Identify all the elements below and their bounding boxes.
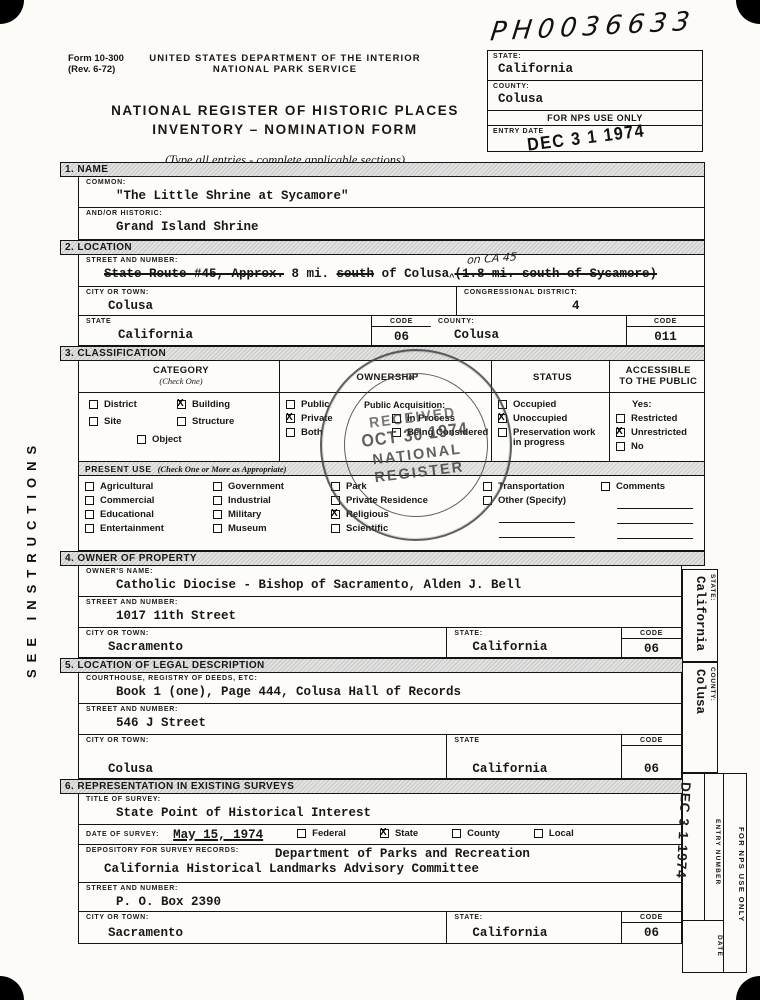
city-field: CITY OR TOWN: Sacramento (79, 912, 446, 943)
sidebar-state-value: California (683, 570, 709, 661)
checkbox-label: Preservation work in progress (513, 428, 603, 449)
checkbox-label: State (395, 829, 418, 840)
section3-fields: CATEGORY (Check One) OWNERSHIP STATUS AC… (78, 361, 705, 551)
checkbox-label: Museum (228, 524, 267, 535)
checkbox-label: Transportation (498, 482, 565, 493)
congressional-district-field: CONGRESSIONAL DISTRICT: 4 (456, 287, 704, 315)
checkbox-label: Public (301, 400, 330, 411)
state-value: California (118, 328, 367, 342)
checkbox-icon (616, 442, 625, 451)
checkbox-being-considered: Being Considered (392, 428, 489, 439)
owner-name-field: OWNER'S NAME: Catholic Diocise - Bishop … (79, 566, 681, 597)
handwritten-route-note: on CA 45 (467, 250, 518, 267)
blank-fill-line (499, 510, 575, 523)
struck-text: south (337, 267, 375, 281)
ownership-column: Public Private Both Public Acquisition: … (279, 393, 491, 461)
checkbox-label: Scientific (346, 524, 388, 535)
checkbox-industrial: Industrial (213, 496, 331, 507)
state-county-row: STATE California CODE 06 COUNTY: Colusa … (79, 316, 704, 345)
scan-corner (736, 976, 760, 1000)
checkbox-icon (89, 400, 98, 409)
checkbox-icon (137, 435, 146, 444)
yes-label: Yes: (632, 399, 701, 410)
checkbox-transportation: Transportation (483, 482, 601, 493)
checkbox-icon (286, 428, 295, 437)
checkbox-icon (213, 496, 222, 505)
section5-fields: COURTHOUSE, REGISTRY OF DEEDS, ETC: Book… (78, 673, 682, 779)
state-code-cell: CODE 06 (371, 316, 431, 345)
checkbox-icon (85, 510, 94, 519)
struck-text: (1.8 mi. south of Sycamore) (454, 267, 657, 281)
blank-fill-line (499, 525, 575, 538)
code-label: CODE (622, 735, 681, 746)
checkbox-local: Local (534, 829, 574, 840)
section2-header: 2. LOCATION (60, 240, 705, 255)
checkbox-icon (177, 400, 186, 409)
dept-line2: NATIONAL PARK SERVICE (75, 64, 495, 75)
checkbox-comments: Comments (601, 482, 701, 493)
present-use-title: PRESENT USE (85, 464, 152, 474)
depository-city-row: CITY OR TOWN: Sacramento STATE: Californ… (79, 912, 681, 943)
checkbox-occupied: Occupied (498, 400, 607, 411)
street-value: 1017 11th Street (116, 609, 677, 623)
classification-column-headers: CATEGORY (Check One) OWNERSHIP STATUS AC… (79, 361, 704, 393)
checkbox-label: District (104, 400, 137, 411)
sidebar-stamp-column: DEC 3 1 1974 (683, 774, 704, 920)
owner-street-field: STREET AND NUMBER: 1017 11th Street (79, 597, 681, 628)
present-use-note: (Check One or More as Appropriate) (158, 464, 287, 474)
state-code-value: 06 (372, 327, 431, 345)
street-value: P. O. Box 2390 (116, 895, 677, 909)
checkbox-label: Occupied (513, 400, 556, 411)
code-value: 06 (622, 923, 681, 943)
checkbox-unoccupied: Unoccupied (498, 414, 607, 425)
accessible-title-line2: TO THE PUBLIC (616, 376, 701, 387)
checkbox-military: Military (213, 510, 331, 521)
entry-number-label: ENTRY NUMBER (704, 774, 723, 920)
scan-corner (736, 0, 760, 24)
present-use-col2: Government Industrial Military Museum (213, 478, 331, 550)
category-title: CATEGORY (85, 365, 277, 376)
state-label: STATE (454, 737, 617, 744)
depository-label: DEPOSITORY FOR SURVEY RECORDS: (86, 847, 239, 861)
checkbox-label: Being Considered (407, 428, 488, 439)
see-instructions-note: SEE INSTRUCTIONS (24, 360, 39, 678)
code-value: 06 (622, 746, 681, 778)
checkbox-preservation-work: Preservation work in progress (498, 428, 603, 449)
checkbox-federal: Federal (297, 829, 346, 840)
status-header: STATUS (491, 361, 609, 392)
county-code-value: 011 (627, 327, 704, 345)
depository-value-line1: Department of Parks and Recreation (275, 847, 530, 861)
checkbox-private-residence: Private Residence (331, 496, 483, 507)
checkbox-icon (331, 482, 340, 491)
present-use-col5: Comments (601, 478, 701, 550)
sidebar-nps-box: DEC 3 1 1974 ENTRY NUMBER DATE FOR NPS U… (682, 773, 747, 973)
checkbox-label: Agricultural (100, 482, 153, 493)
state-value: California (472, 640, 617, 654)
category-note: (Check One) (85, 376, 277, 386)
checkbox-icon (483, 482, 492, 491)
legal-street-field: STREET AND NUMBER: 546 J Street (79, 704, 681, 735)
accessible-title-line1: ACCESSIBLE (616, 365, 701, 376)
street-value: 546 J Street (116, 716, 677, 730)
form-title-line2: INVENTORY – NOMINATION FORM (75, 120, 495, 139)
state-label: STATE: (493, 53, 702, 60)
county-code-cell: CODE 011 (626, 316, 704, 345)
survey-title-field: TITLE OF SURVEY: State Point of Historic… (79, 794, 681, 825)
checkbox-icon (85, 496, 94, 505)
city-value: Colusa (108, 762, 442, 776)
checkbox-religious: Religious (331, 510, 483, 521)
checkbox-educational: Educational (85, 510, 213, 521)
blank-fill-line (617, 496, 693, 509)
sidebar-county-value: Colusa (683, 663, 709, 772)
depository-street-field: STREET AND NUMBER: P. O. Box 2390 (79, 883, 681, 912)
ownership-title: OWNERSHIP (286, 365, 489, 383)
section4-fields: OWNER'S NAME: Catholic Diocise - Bishop … (78, 566, 682, 658)
common-name-label: COMMON: (86, 179, 700, 186)
checkbox-other: Other (Specify) (483, 496, 601, 507)
owner-name-label: OWNER'S NAME: (86, 568, 677, 575)
checkbox-icon (297, 829, 306, 838)
historic-name-field: AND/OR HISTORIC: Grand Island Shrine (79, 208, 704, 239)
checkbox-state: State (380, 829, 418, 840)
checkbox-park: Park (331, 482, 483, 493)
checkbox-building: Building (177, 400, 277, 411)
checkbox-private: Private (286, 414, 364, 425)
insertion-caret: ^ (449, 273, 454, 283)
checkbox-district: District (89, 400, 177, 411)
present-use-col4: Transportation Other (Specify) (483, 478, 601, 550)
checkbox-icon (331, 496, 340, 505)
section6-fields: TITLE OF SURVEY: State Point of Historic… (78, 794, 682, 944)
checkbox-scientific: Scientific (331, 524, 483, 535)
checkbox-agricultural: Agricultural (85, 482, 213, 493)
survey-title-value: State Point of Historical Interest (116, 806, 677, 820)
classification-checkboxes: District Building Site Structure Object … (79, 393, 704, 461)
county-value: Colusa (454, 328, 622, 342)
checkbox-label: Other (Specify) (498, 496, 566, 507)
street-text: 8 mi. (284, 267, 337, 281)
checkbox-restricted: Restricted (616, 414, 701, 425)
ownership-header: OWNERSHIP (279, 361, 491, 392)
dept-line1: UNITED STATES DEPARTMENT OF THE INTERIOR (75, 53, 495, 64)
street-label: STREET AND NUMBER: (86, 885, 677, 892)
checkbox-label: Private (301, 414, 333, 425)
checkbox-no: No (616, 442, 701, 453)
section2-fields: STREET AND NUMBER: on CA 45 State Route … (78, 255, 705, 346)
checkbox-icon (392, 428, 401, 437)
depository-value-line2: California Historical Landmarks Advisory… (104, 862, 677, 876)
survey-title-label: TITLE OF SURVEY: (86, 796, 677, 803)
state-label: STATE: (454, 914, 617, 921)
checkbox-icon (616, 428, 625, 437)
state-row: STATE: California (488, 51, 702, 81)
checkbox-label: Military (228, 510, 261, 521)
code-label: CODE (627, 316, 704, 327)
checkbox-icon (331, 524, 340, 533)
street-label: STREET AND NUMBER: (86, 599, 677, 606)
district-value: 4 (572, 299, 700, 313)
checkbox-label: In Process (407, 414, 455, 425)
checkbox-label: Restricted (631, 414, 677, 425)
section3-header: 3. CLASSIFICATION (60, 346, 705, 361)
city-label: CITY OR TOWN: (86, 630, 442, 637)
county-label: COUNTY: (438, 318, 622, 325)
courthouse-label: COURTHOUSE, REGISTRY OF DEEDS, ETC: (86, 675, 677, 682)
common-name-field: COMMON: "The Little Shrine at Sycamore" (79, 177, 704, 208)
checkbox-label: Industrial (228, 496, 271, 507)
scanned-nomination-form: PH0036633 Form 10-300 (Rev. 6-72) UNITED… (0, 0, 760, 1000)
historic-name-label: AND/OR HISTORIC: (86, 210, 700, 217)
present-use-col1: Agricultural Commercial Educational Ente… (85, 478, 213, 550)
checkbox-government: Government (213, 482, 331, 493)
owner-name-value: Catholic Diocise - Bishop of Sacramento,… (116, 578, 677, 592)
sidebar-county-label: COUNTY: (709, 663, 717, 772)
code-cell: CODE 06 (621, 735, 681, 778)
checkbox-icon (498, 400, 507, 409)
checkbox-label: Government (228, 482, 284, 493)
status-title: STATUS (498, 365, 607, 383)
county-value: Colusa (498, 92, 702, 106)
checkbox-label: Private Residence (346, 496, 428, 507)
blank-fill-line (617, 526, 693, 539)
checkbox-museum: Museum (213, 524, 331, 535)
common-name-value: "The Little Shrine at Sycamore" (116, 189, 700, 203)
code-cell: CODE 06 (621, 912, 681, 943)
county-field: COUNTY: Colusa (431, 316, 626, 345)
street-value: State Route #45, Approx. 8 mi. south of … (104, 267, 700, 281)
section1-header: 1. NAME (60, 162, 705, 177)
category-column: District Building Site Structure Object (79, 393, 279, 461)
accessible-header: ACCESSIBLE TO THE PUBLIC (609, 361, 703, 392)
survey-date-row: DATE OF SURVEY: May 15, 1974 Federal Sta… (79, 825, 681, 845)
checkbox-icon (177, 417, 186, 426)
checkbox-in-process: In Process (392, 414, 489, 425)
checkbox-icon (392, 414, 401, 423)
city-value: Colusa (108, 299, 452, 313)
checkbox-label: Site (104, 417, 121, 428)
checkbox-icon (286, 400, 295, 409)
section5-header: 5. LOCATION OF LEGAL DESCRIPTION (60, 658, 705, 673)
checkbox-label: Unoccupied (513, 414, 567, 425)
checkbox-county: County (452, 829, 500, 840)
present-use-header: PRESENT USE (Check One or More as Approp… (79, 461, 704, 476)
city-label: CITY OR TOWN: (86, 914, 442, 921)
county-row: COUNTY: Colusa (488, 81, 702, 111)
checkbox-label: Entertainment (100, 524, 164, 535)
nps-use-only-label: FOR NPS USE ONLY (724, 774, 746, 972)
nps-use-only: FOR NPS USE ONLY (488, 111, 702, 126)
sidebar-state-box: California STATE: (682, 569, 718, 662)
sidebar-state-label: STATE: (709, 570, 717, 661)
accessible-column: Yes: Restricted Unrestricted No (609, 393, 703, 461)
owner-city-row: CITY OR TOWN: Sacramento STATE: Californ… (79, 628, 681, 657)
checkbox-both: Both (286, 428, 364, 439)
city-value: Sacramento (108, 926, 442, 940)
state-value: California (472, 762, 617, 776)
city-district-row: CITY OR TOWN: Colusa CONGRESSIONAL DISTR… (79, 287, 704, 316)
checkbox-icon (534, 829, 543, 838)
section6-header: 6. REPRESENTATION IN EXISTING SURVEYS (60, 779, 705, 794)
checkbox-icon (498, 428, 507, 437)
handwritten-id: PH0036633 (476, 6, 709, 48)
checkbox-icon (498, 414, 507, 423)
public-acquisition-label: Public Acquisition: (364, 400, 489, 410)
present-use-checkboxes: Agricultural Commercial Educational Ente… (79, 476, 704, 550)
depository-field: DEPOSITORY FOR SURVEY RECORDS: Departmen… (79, 845, 681, 883)
checkbox-label: Park (346, 482, 367, 493)
code-label: CODE (622, 628, 681, 639)
state-field: STATE California (79, 316, 371, 345)
street-field: STREET AND NUMBER: on CA 45 State Route … (79, 255, 704, 287)
county-label: COUNTY: (493, 83, 702, 90)
checkbox-object: Object (137, 435, 277, 446)
checkbox-icon (616, 414, 625, 423)
checkbox-unrestricted: Unrestricted (616, 428, 701, 439)
checkbox-icon (213, 510, 222, 519)
checkbox-site: Site (89, 417, 177, 428)
city-label: CITY OR TOWN: (86, 737, 442, 744)
historic-name-value: Grand Island Shrine (116, 220, 700, 234)
checkbox-icon (85, 524, 94, 533)
state-label: STATE: (454, 630, 617, 637)
state-value: California (472, 926, 617, 940)
checkbox-entertainment: Entertainment (85, 524, 213, 535)
checkbox-public: Public (286, 400, 364, 411)
survey-date-label: DATE OF SURVEY: (86, 831, 159, 838)
checkbox-structure: Structure (177, 417, 277, 428)
city-field: CITY OR TOWN: Colusa (79, 287, 456, 315)
state-label: STATE (86, 318, 367, 325)
legal-city-row: CITY OR TOWN: Colusa STATE California CO… (79, 735, 681, 778)
courthouse-value: Book 1 (one), Page 444, Colusa Hall of R… (116, 685, 677, 699)
checkbox-icon (601, 482, 610, 491)
street-label: STREET AND NUMBER: (86, 706, 677, 713)
scan-corner (0, 0, 24, 24)
checkbox-label: Building (192, 400, 230, 411)
checkbox-label: Object (152, 435, 182, 446)
survey-date-value: May 15, 1974 (173, 828, 263, 842)
section4-header: 4. OWNER OF PROPERTY (60, 551, 705, 566)
checkbox-icon (286, 414, 295, 423)
checkbox-icon (331, 510, 340, 519)
form-header: UNITED STATES DEPARTMENT OF THE INTERIOR… (75, 53, 495, 168)
present-use-col3: Park Private Residence Religious Scienti… (331, 478, 483, 550)
checkbox-label: Religious (346, 510, 389, 521)
checkbox-label: Comments (616, 482, 665, 493)
checkbox-icon (213, 482, 222, 491)
blank-fill-line (617, 511, 693, 524)
checkbox-icon (85, 482, 94, 491)
street-label: STREET AND NUMBER: (86, 257, 700, 264)
checkbox-label: No (631, 442, 644, 453)
form-body: 1. NAME COMMON: "The Little Shrine at Sy… (60, 162, 705, 944)
section1-fields: COMMON: "The Little Shrine at Sycamore" … (78, 177, 705, 240)
checkbox-icon (89, 417, 98, 426)
date-label: DATE (683, 920, 723, 972)
checkbox-icon (483, 496, 492, 505)
sidebar-county-box: Colusa COUNTY: (682, 662, 718, 773)
code-label: CODE (372, 316, 431, 327)
checkbox-commercial: Commercial (85, 496, 213, 507)
state-field: STATE: California (446, 628, 621, 657)
courthouse-field: COURTHOUSE, REGISTRY OF DEEDS, ETC: Book… (79, 673, 681, 704)
checkbox-label: Commercial (100, 496, 154, 507)
code-cell: CODE 06 (621, 628, 681, 657)
checkbox-icon (380, 829, 389, 838)
street-text: of Colusa (374, 267, 449, 281)
state-value: California (498, 62, 702, 76)
state-field: STATE California (446, 735, 621, 778)
form-title-line1: NATIONAL REGISTER OF HISTORIC PLACES (75, 101, 495, 120)
checkbox-label: Both (301, 428, 323, 439)
code-label: CODE (622, 912, 681, 923)
checkbox-label: County (467, 829, 500, 840)
struck-text: State Route #45, Approx. (104, 267, 284, 281)
code-value: 06 (622, 639, 681, 657)
district-label: CONGRESSIONAL DISTRICT: (464, 289, 700, 296)
checkbox-label: Educational (100, 510, 154, 521)
checkbox-label: Federal (312, 829, 346, 840)
checkbox-label: Unrestricted (631, 428, 687, 439)
state-field: STATE: California (446, 912, 621, 943)
city-field: CITY OR TOWN: Colusa (79, 735, 446, 778)
checkbox-icon (213, 524, 222, 533)
city-value: Sacramento (108, 640, 442, 654)
status-column: Occupied Unoccupied Preservation work in… (491, 393, 609, 461)
checkbox-label: Local (549, 829, 574, 840)
city-field: CITY OR TOWN: Sacramento (79, 628, 446, 657)
form-title: NATIONAL REGISTER OF HISTORIC PLACES INV… (75, 101, 495, 139)
city-label: CITY OR TOWN: (86, 289, 452, 296)
checkbox-icon (452, 829, 461, 838)
category-header: CATEGORY (Check One) (79, 361, 279, 392)
checkbox-label: Structure (192, 417, 234, 428)
scan-corner (0, 976, 24, 1000)
